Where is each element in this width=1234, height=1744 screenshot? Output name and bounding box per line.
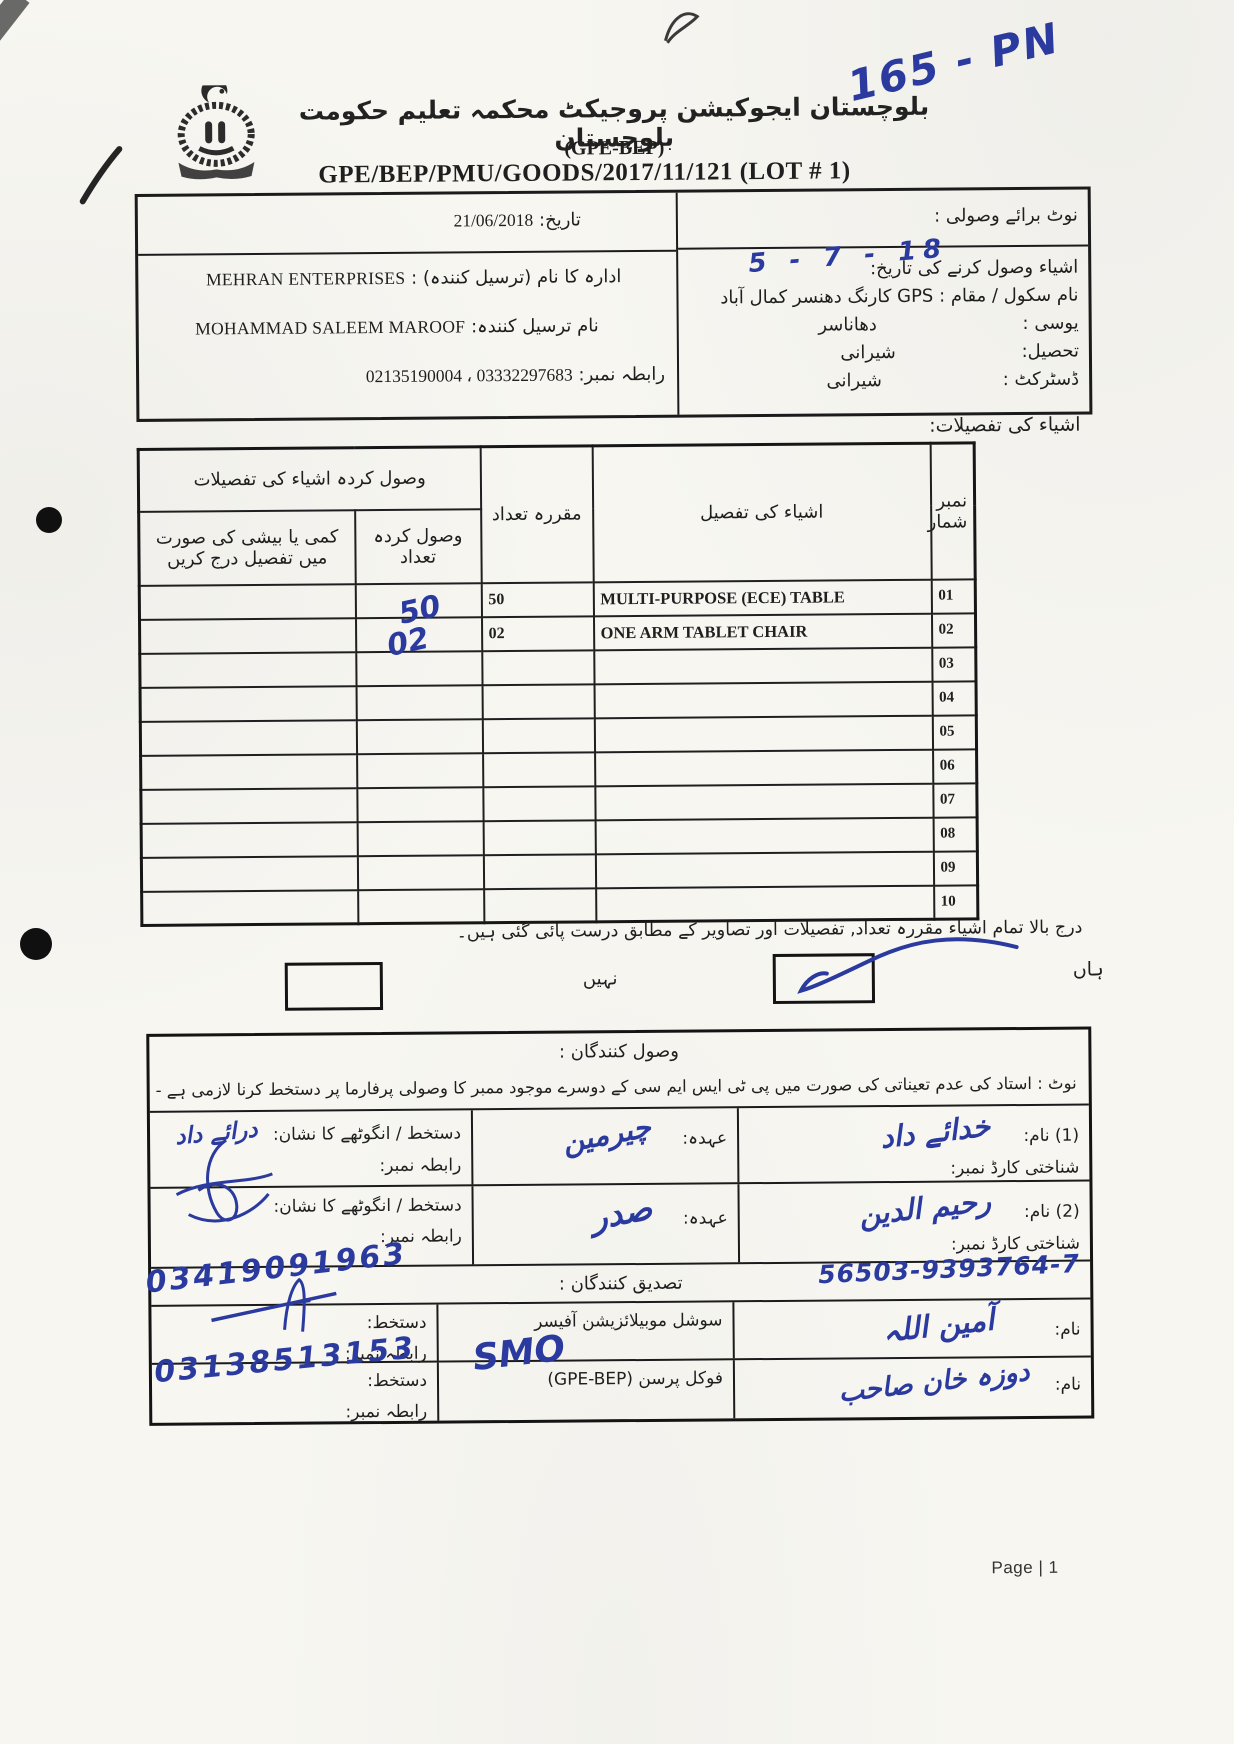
handwritten-name: آمین اللہ xyxy=(881,1303,996,1350)
verifier2-name-cell: نام: دوزہ خان صاحب xyxy=(733,1357,1091,1418)
school-row: نام سکول / مقام : GPS کارنگ دھنسر کمال آ… xyxy=(678,277,1088,308)
uc-label: یوسی : xyxy=(1022,313,1078,334)
school-label: نام سکول / مقام : xyxy=(939,285,1079,307)
uc-value: دھاناسر xyxy=(818,314,877,335)
fixed-qty-cell: 50 xyxy=(481,582,593,617)
sender-row: نام ترسیل کنندہ: MOHAMMAD SALEEM MAROOF xyxy=(138,287,676,340)
contact-row: رابطہ نمبر: 03332297683 ، 02135190004 xyxy=(139,336,677,389)
tehsil-row: تحصیل: شیرانی xyxy=(679,333,1089,364)
col-fixed-qty-header: مقررہ تعداد xyxy=(480,446,593,583)
recipient-row-1: (1) نام: خدائے داد شناختی کارڈ نمبر: عہد… xyxy=(150,1105,1090,1188)
signature-flourish xyxy=(206,1271,342,1338)
page-number: Page | 1 xyxy=(991,1558,1058,1579)
sign-label: دستخط: xyxy=(367,1313,427,1333)
name1-label: (1) نام: xyxy=(1023,1126,1079,1146)
recipient1-designation-cell: عہدہ: چیرمین xyxy=(471,1108,738,1184)
detail-cell: ONE ARM TABLET CHAIR xyxy=(593,613,931,650)
contact-value: 03332297683 ، 02135190004 xyxy=(366,365,573,387)
handwritten-designation: صدر xyxy=(587,1188,654,1237)
district-value: شیرانی xyxy=(826,370,882,391)
received-qty-cell: 02 xyxy=(355,617,481,652)
handwritten-name: رحیم الدین xyxy=(857,1183,992,1232)
discrepancy-cell xyxy=(140,618,356,654)
fixed-qty-cell: 02 xyxy=(481,616,593,651)
handwritten-designation: چیرمین xyxy=(560,1109,654,1159)
col-received-group-header: وصول کردہ اشیاء کی تفصیلات xyxy=(138,447,480,512)
handwritten-name: دوزہ خان صاحب xyxy=(836,1356,1030,1408)
verifier1-name-cell: نام: آمین اللہ xyxy=(732,1299,1090,1358)
receiver-info-pane: نوٹ برائے وصولی : اشیاء وصول کرنے کی تار… xyxy=(678,189,1090,414)
date-label: تاریخ: xyxy=(539,209,581,230)
col-received-qty-header: وصول کردہ تعداد xyxy=(355,509,482,584)
verifier1-designation-cell: سوشل موبیلائزیشن آفیسر SMO xyxy=(436,1302,732,1360)
yes-label: ہاں xyxy=(1073,958,1104,980)
date-row: تاریخ: 21/06/2018 xyxy=(138,193,676,256)
tehsil-label: تحصیل: xyxy=(1021,341,1079,362)
pen-slash-mark xyxy=(74,144,126,206)
received-qty-cell: 50 xyxy=(355,583,481,618)
signatures-table: وصول کنندگان : نوٹ : استاد کی عدم تعینات… xyxy=(146,1026,1094,1425)
district-row: ڈسٹرکٹ : شیرانی xyxy=(679,361,1089,392)
sender-value: MOHAMMAD SALEEM MAROOF xyxy=(195,316,465,338)
serial-cell: 01 xyxy=(931,579,975,613)
verifier1-signature-cell: دستخط: رابطہ نمبر: 03138513153 xyxy=(151,1305,436,1363)
name-label: نام: xyxy=(1055,1375,1081,1395)
tehsil-value: شیرانی xyxy=(840,342,896,363)
focal-title-label: فوکل پرسن (GPE-BEP) xyxy=(547,1368,723,1389)
document-reference: GPE/BEP/PMU/GOODS/2017/11/121 (LOT # 1) xyxy=(174,156,994,190)
school-value: GPS کارنگ دھنسر کمال آباد xyxy=(720,286,933,309)
district-label: ڈسٹرکٹ : xyxy=(1003,369,1080,391)
detail-cell: MULTI-PURPOSE (ECE) TABLE xyxy=(593,579,931,616)
serial-cell: 02 xyxy=(931,613,975,647)
col-discrepancy-header: کمی یا بیشی کی صورت میں تفصیل درج کریں xyxy=(139,510,356,586)
contact-label: رابطہ نمبر: xyxy=(158,1401,427,1424)
agency-row: ادارہ کا نام (ترسیل کنندہ) : MEHRAN ENTE… xyxy=(138,252,676,291)
name-label: نام: xyxy=(1054,1320,1080,1340)
recipient2-designation-cell: عہدہ: صدر xyxy=(471,1184,738,1264)
consignment-info-table: تاریخ: 21/06/2018 ادارہ کا نام (ترسیل کن… xyxy=(135,186,1093,422)
col-serial-header: نمبر شمار xyxy=(930,443,975,579)
date-value: 21/06/2018 xyxy=(453,210,533,231)
sign-thumb-label: دستخط / انگوٹھے کا نشان: xyxy=(273,1123,461,1144)
checkmark-icon xyxy=(758,925,1029,1005)
handwritten-name: خدائے داد xyxy=(878,1109,991,1155)
designation-label: عہدہ: xyxy=(683,1208,728,1228)
items-table: نمبر شمار اشیاء کی تفصیل مقررہ تعداد وصو… xyxy=(137,441,980,927)
sender-label: نام ترسیل کنندہ: xyxy=(471,315,599,337)
signature-scribble xyxy=(164,1130,280,1241)
recipient2-signature-cell: دستخط / انگوٹھے کا نشان: رابطہ نمبر: 034… xyxy=(150,1186,472,1267)
no-label: نہیں xyxy=(583,968,618,989)
recipient2-name-cell: (2) نام: رحیم الدین شناختی کارڈ نمبر:565… xyxy=(737,1181,1090,1262)
agency-label: ادارہ کا نام (ترسیل کنندہ) : xyxy=(411,266,621,289)
sign-thumb-label: دستخط / انگوٹھے کا نشان: xyxy=(273,1195,461,1216)
contact-label: رابطہ نمبر: xyxy=(578,364,665,386)
pen-squiggle-mark xyxy=(653,3,705,45)
sign-label: دستخط: xyxy=(367,1371,427,1391)
uc-row: یوسی : دھاناسر xyxy=(679,305,1089,336)
recipient-row-2: (2) نام: رحیم الدین شناختی کارڈ نمبر:565… xyxy=(150,1181,1090,1268)
items-header-row: نمبر شمار اشیاء کی تفصیل مقررہ تعداد وصو… xyxy=(138,443,974,512)
sender-info-pane: تاریخ: 21/06/2018 ادارہ کا نام (ترسیل کن… xyxy=(138,193,680,419)
discrepancy-cell xyxy=(139,584,355,620)
verifier-row-1: نام: آمین اللہ سوشل موبیلائزیشن آفیسر SM… xyxy=(151,1299,1090,1364)
recipient1-name-cell: (1) نام: خدائے داد شناختی کارڈ نمبر: xyxy=(737,1105,1090,1182)
no-checkbox[interactable] xyxy=(285,962,383,1011)
items-section-label: اشیاء کی تفصیلات: xyxy=(929,414,1081,437)
name2-label: (2) نام: xyxy=(1024,1202,1080,1222)
id-card-label: شناختی کارڈ نمبر: xyxy=(745,1158,1079,1181)
agency-value: MEHRAN ENTERPRISES xyxy=(206,268,406,290)
col-detail-header: اشیاء کی تفصیل xyxy=(592,443,931,582)
designation-label: عہدہ: xyxy=(682,1128,727,1148)
scanned-receipt-form: 165 - PN بلوچستان ایجوکیشن پروجیکٹ محکمہ… xyxy=(0,0,1234,1744)
